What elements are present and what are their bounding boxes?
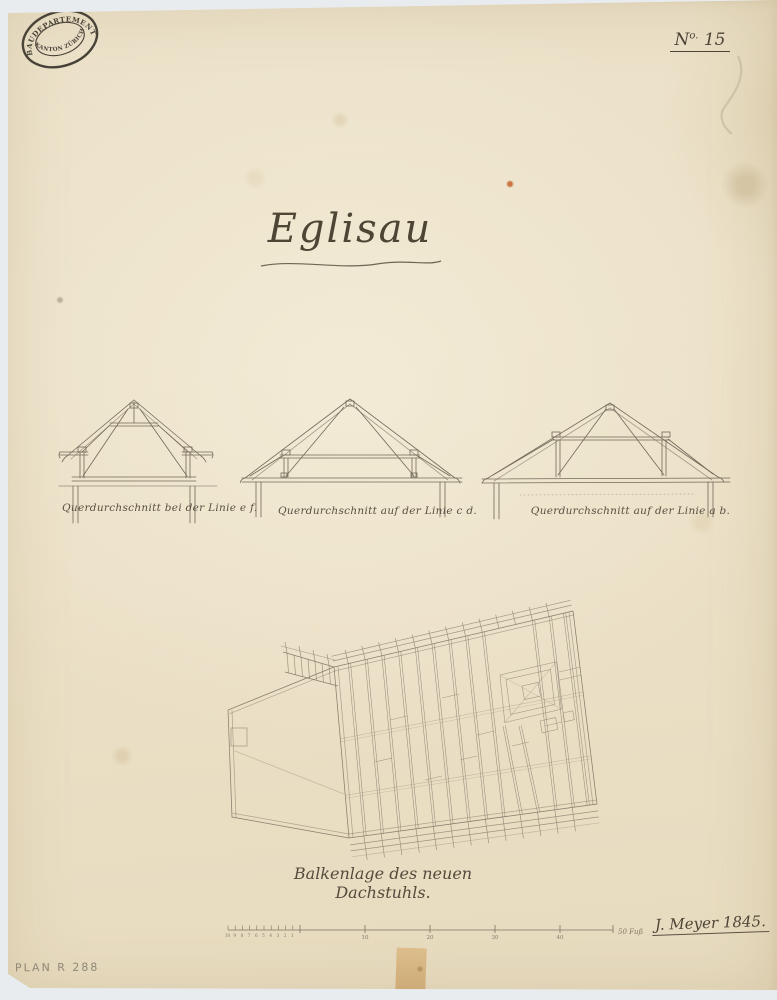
scale-major-label: 20 [427, 935, 434, 941]
plan-number: No. 15 [648, 30, 752, 50]
scale-major-label: 10 [362, 935, 369, 941]
plan-number-value: 15 [704, 30, 726, 50]
pencil-squiggle [712, 52, 756, 140]
section-caption-2: Querdurchschnitt auf der Linie c d. [278, 505, 473, 517]
scale-minor-label: 9 [233, 933, 236, 938]
scale-bar: 10 9 8 7 6 5 4 3 2 1 10 20 30 40 50 Fuß [225, 913, 670, 953]
stamp-oval-icon: BAUDEPARTEMENT KANTON ZÜRICH [10, 0, 109, 81]
scale-minor-label: 1 [291, 933, 294, 938]
section-caption-1: Querdurchschnitt bei der Linie e f. [62, 502, 252, 514]
scale-major-label: 40 [557, 935, 564, 941]
scale-major-label: 30 [492, 935, 499, 941]
scale-minor-label: 7 [248, 933, 251, 938]
beam-plan-caption: Balkenlage des neuen Dachstuhls. [258, 864, 508, 902]
scale-minor-label: 2 [284, 933, 287, 938]
plan-number-sup: o. [689, 30, 698, 41]
scale-minor-label: 8 [241, 933, 244, 938]
tape-stain [395, 947, 427, 992]
plan-number-prefix: N [675, 30, 690, 50]
section-caption-3: Querdurchschnitt auf der Linie a b. [528, 505, 733, 517]
scale-unit-label: 50 Fuß [618, 928, 643, 936]
beam-layout-plan [195, 580, 655, 880]
signature-text: J. Meyer 1845. [651, 912, 768, 936]
scale-minor-label: 5 [262, 933, 265, 938]
scale-minor-label: 6 [255, 933, 258, 938]
archive-stamp: BAUDEPARTEMENT KANTON ZÜRICH [10, 0, 109, 81]
signature: J. Meyer 1845. [646, 914, 774, 934]
page-title: Eglisau [235, 206, 465, 252]
paper-sheet: BAUDEPARTEMENT KANTON ZÜRICH No. 15 Egli… [0, 0, 777, 1000]
scale-minor-label: 3 [277, 933, 280, 938]
title-underline-flourish [255, 256, 445, 272]
scale-minor-label: 10 [225, 933, 230, 938]
scale-minor-label: 4 [269, 933, 272, 938]
archive-number: PLAN R 288 [15, 961, 100, 975]
